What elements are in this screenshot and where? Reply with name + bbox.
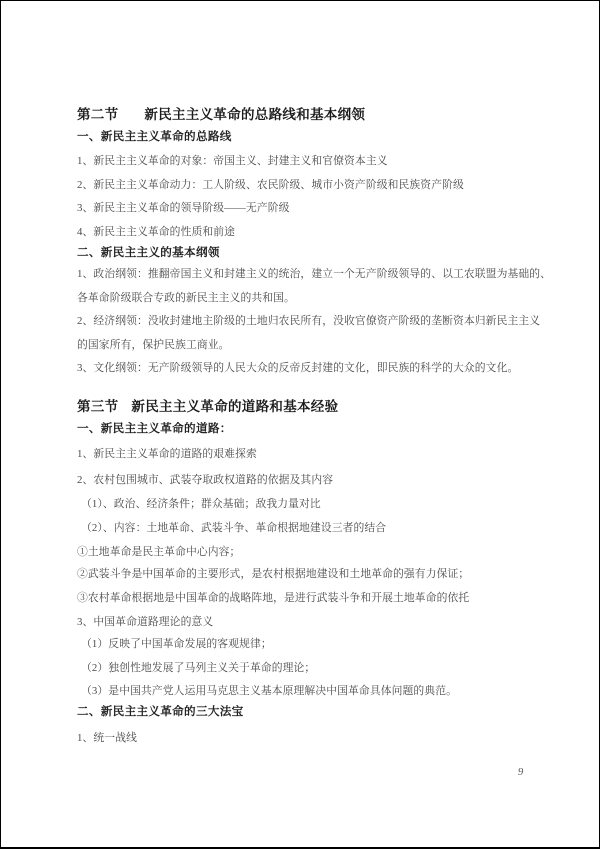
chapter-label: 第二节 [77, 107, 118, 122]
chapter-title: 新民主主义革命的总路线和基本纲领 [144, 107, 365, 122]
chapter-heading: 第二节新民主主义革命的总路线和基本纲领 [77, 106, 365, 123]
outline-line: 4、新民主主义革命的性质和前途 [77, 225, 235, 240]
outline-line-continuation: 各革命阶级联合专政的新民主主义的共和国。 [77, 291, 295, 306]
outline-line-continuation: 的国家所有，保护民族工商业。 [77, 338, 230, 353]
outline-subline: （1）、政治、经济条件；群众基础；敌我力量对比 [81, 497, 321, 512]
outline-subline: （3）是中国共产党人运用马克思主义基本原理解决中国革命具体问题的典范。 [81, 684, 457, 699]
outline-subline: （1）反映了中国革命发展的客观规律； [81, 637, 272, 652]
scanned-document-page: 第二节新民主主义革命的总路线和基本纲领 一、新民主主义革命的总路线 1、新民主主… [0, 0, 600, 849]
section-heading: 一、新民主主义革命的总路线 [77, 129, 232, 144]
outline-subline: ①土地革命是民主革命中心内容； [77, 545, 240, 560]
section-heading: 二、新民主主义革命的三大法宝 [77, 704, 244, 719]
outline-line: 1、统一战线 [77, 731, 137, 746]
section-heading: 二、新民主主义的基本纲领 [77, 245, 220, 260]
outline-line: 3、新民主主义革命的领导阶级——无产阶级 [77, 201, 290, 216]
outline-line: 1、政治纲领：推翻帝国主义和封建主义的统治，建立一个无产阶级领导的、以工农联盟为… [77, 267, 551, 282]
outline-line: 2、新民主主义革命动力：工人阶级、农民阶级、城市小资产阶级和民族资产阶级 [77, 178, 464, 193]
chapter-title: 新民主主义革命的道路和基本经验 [131, 399, 338, 414]
outline-line: 3、中国革命道路理论的意义 [77, 615, 213, 630]
chapter-heading: 第三节新民主主义革命的道路和基本经验 [77, 398, 338, 415]
chapter-label: 第三节 [77, 399, 118, 414]
outline-line: 2、农村包围城市、武装夺取政权道路的依据及其内容 [77, 473, 333, 488]
section-heading: 一、新民主主义革命的道路： [77, 421, 232, 436]
outline-subline: （2）独创性地发展了马列主义关于革命的理论； [81, 661, 315, 676]
outline-line: 2、经济纲领：没收封建地主阶级的土地归农民所有，没收官僚资产阶级的垄断资本归新民… [77, 314, 540, 329]
outline-subline: （2）、内容：土地革命、武装斗争、革命根据地建设三者的结合 [81, 521, 386, 536]
page-number: 9 [518, 767, 523, 778]
outline-subline: ③农村革命根据地是中国革命的战略阵地，是进行武装斗争和开展土地革命的依托 [77, 591, 469, 606]
outline-subline: ②武装斗争是中国革命的主要形式，是农村根据地建设和土地革命的强有力保证； [77, 567, 469, 582]
outline-line: 1、新民主主义革命的对象：帝国主义、封建主义和官僚资本主义 [77, 154, 388, 169]
outline-line: 1、新民主主义革命的道路的艰难探索 [77, 447, 257, 462]
outline-line: 3、文化纲领：无产阶级领导的人民大众的反帝反封建的文化，即民族的科学的大众的文化… [77, 361, 518, 376]
